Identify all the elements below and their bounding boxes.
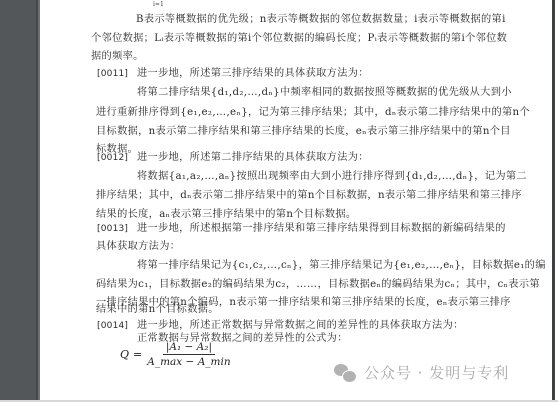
- text-line: 结果中的第n个目标数据。: [96, 304, 219, 316]
- text-line: 码结果为c₁，目标数据e₂的编码结果为c₂，……，目标数据eₙ的编码结果为cₙ；…: [96, 279, 540, 291]
- text-line: 进一步地，所述第二排序结果的具体获取方法为：: [137, 152, 369, 164]
- wechat-icon: [334, 364, 356, 382]
- text-line: 目标数据，n表示第二排序结果和第三排序结果的长度，eₙ表示第三排序结果中的第n个…: [96, 126, 511, 138]
- formula-fraction: |A₁ − A₂| A_max − A_min: [147, 341, 230, 368]
- paragraph-number: [0014]: [97, 321, 128, 331]
- formula-numerator: |A₁ − A₂|: [163, 341, 215, 355]
- paragraph-number: [0012]: [97, 153, 128, 163]
- text-line: 将第一排序结果记为{c₁,c₂,…,cₙ}，第三排序结果记为{e₁,e₂,…,e…: [137, 260, 546, 272]
- watermark-text: 公众号 · 发明与专利: [364, 362, 509, 383]
- text-line: 个邻位数据；Lᵢ表示等概数据的第i个邻位数据的编码长度；Pᵢ表示等概数据的第i个…: [91, 33, 507, 45]
- text-line: 进行重新排序得到{e₁,e₂,…,eₙ}，记为第三排序结果；其中，dₙ表示第二排…: [96, 107, 530, 119]
- text-line: 将数据{a₁,a₂,…,aₙ}按照出现频率由大到小进行排序得到{d₁,d₂,…,…: [137, 171, 527, 183]
- text-line: 具体获取方法为：: [96, 241, 180, 253]
- formula-equals: =: [133, 348, 142, 361]
- right-viewer-border: [552, 0, 555, 400]
- formula-denominator: A_max − A_min: [147, 355, 230, 368]
- left-viewer-gutter: [0, 0, 40, 400]
- summation-lower-index: i=1: [153, 1, 164, 8]
- formula-lhs: Q: [120, 348, 129, 361]
- text-line: 进一步地，所述根据第一排序结果和第三排序结果得到目标数据的新编码结果的: [137, 223, 506, 235]
- text-line: B表示等概数据的优先级；n表示等概数据的邻位数据数量；i表示等概数据的第i: [136, 14, 506, 26]
- text-line: 据的频率。: [91, 51, 144, 63]
- watermark: 公众号 · 发明与专利: [334, 362, 509, 383]
- text-line: 进一步地，所述正常数据与异常数据之间的差异性的具体获取方法为：: [137, 320, 464, 332]
- text-line: 将第二排序结果{d₁,d₂,…,dₙ}中频率相同的数据按照等概数据的优先级从大到…: [137, 87, 512, 99]
- difference-formula: Q = |A₁ − A₂| A_max − A_min: [120, 341, 231, 368]
- paragraph-number: [0013]: [97, 224, 128, 234]
- text-line: 进一步地，所述第三排序结果的具体获取方法为：: [137, 68, 369, 80]
- gutter-edge: [36, 0, 38, 400]
- paragraph-number: [0011]: [97, 69, 128, 79]
- text-line: 结果的长度，aₙ表示第三排序结果中的第n个目标数据。: [96, 209, 356, 221]
- text-line: 排序结果；其中，dₙ表示第二排序结果中的第n个目标数据，n表示第二排序结果和第三…: [96, 190, 522, 202]
